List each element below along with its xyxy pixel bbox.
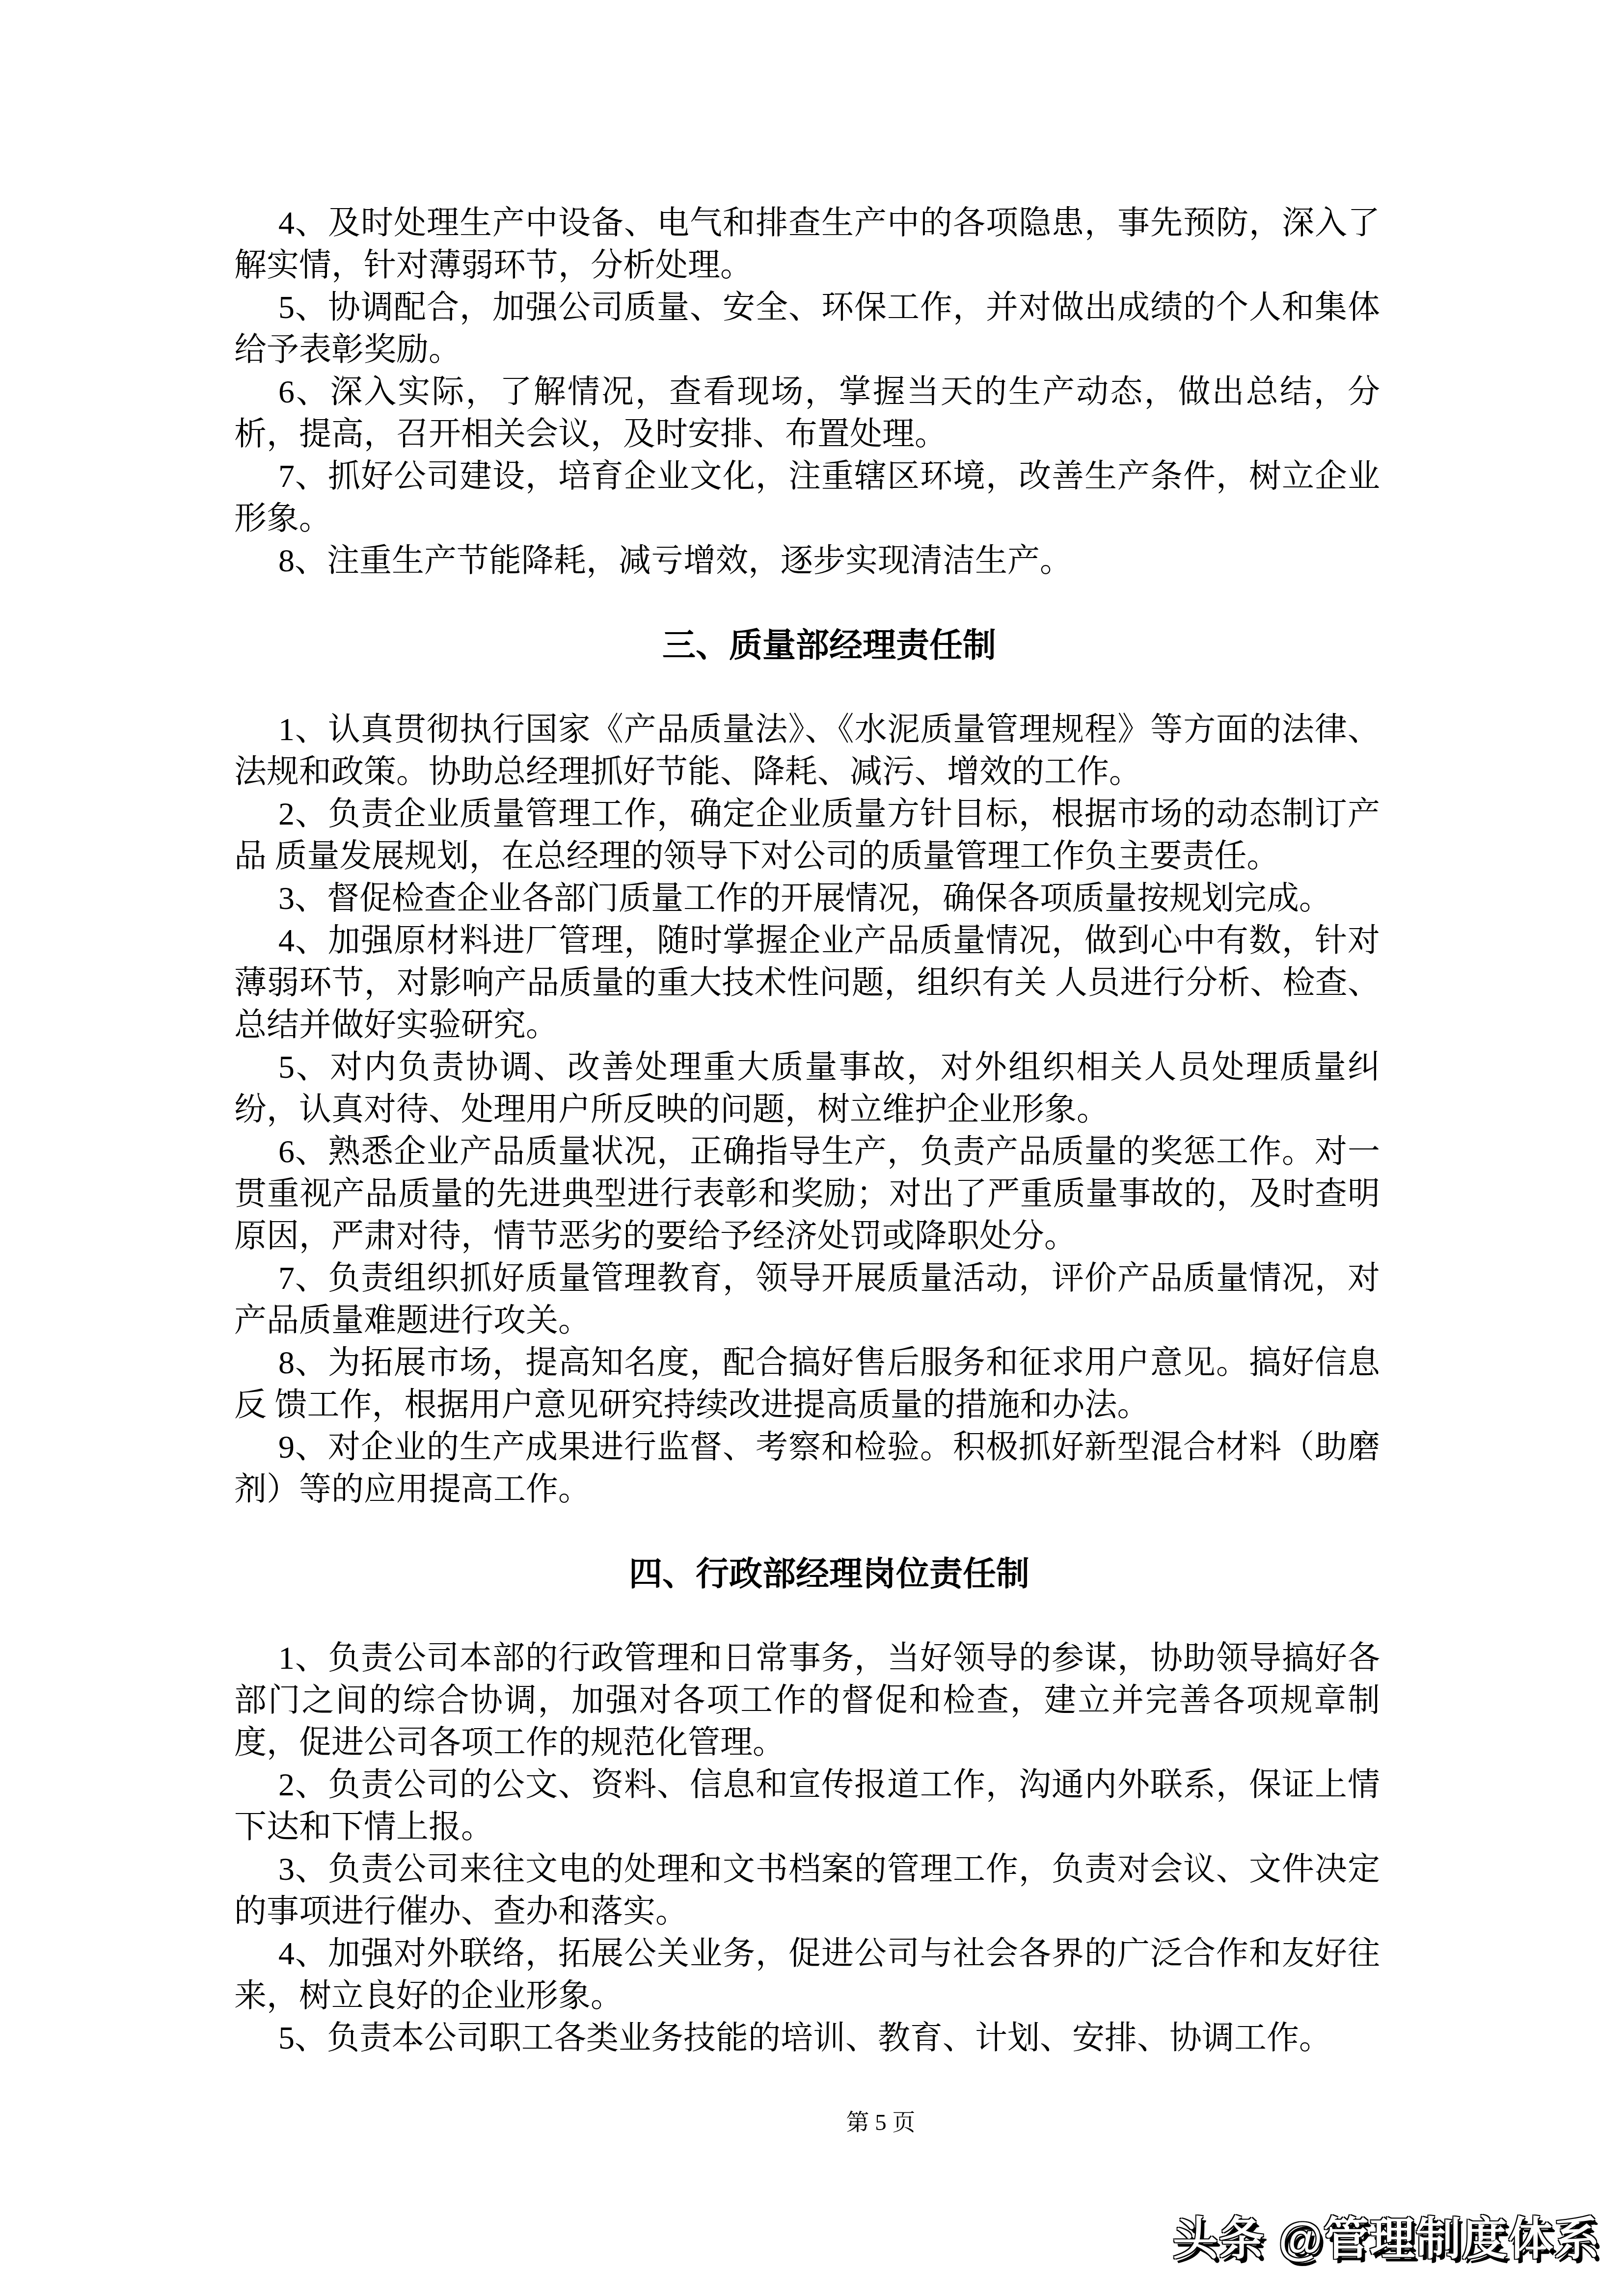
paragraph: 5、协调配合，加强公司质量、安全、环保工作，并对做出成绩的个人和集体给予表彰奖励… [234,287,1380,371]
paragraph: 6、熟悉企业产品质量状况，正确指导生产，负责产品质量的奖惩工作。对一贯重视产品质… [234,1131,1380,1257]
paragraph: 3、负责公司来往文电的处理和文书档案的管理工作，负责对会议、文件决定的事项进行催… [234,1848,1380,1933]
section-heading-admin-manager: 四、行政部经理岗位责任制 [256,1553,1402,1595]
watermark: 头条 @管理制度体系 [1173,2203,1600,2268]
document-page: 4、及时处理生产中设备、电气和排查生产中的各项隐患，事先预防，深入了解实情，针对… [0,0,1624,2296]
paragraph: 4、加强对外联络，拓展公关业务，促进公司与社会各界的广泛合作和友好往来，树立良好… [234,1933,1380,2017]
paragraph: 2、负责公司的公文、资料、信息和宣传报道工作，沟通内外联系，保证上情下达和下情上… [234,1764,1380,1848]
paragraph: 4、加强原材料进厂管理，随时掌握企业产品质量情况，做到心中有数，针对薄弱环节，对… [234,920,1380,1046]
paragraph: 3、督促检查企业各部门质量工作的开展情况，确保各项质量按规划完成。 [234,878,1380,920]
paragraph: 2、负责企业质量管理工作，确定企业质量方针目标，根据市场的动态制订产品 质量发展… [234,793,1380,878]
paragraph: 8、注重生产节能降耗，减亏增效，逐步实现清洁生产。 [234,540,1380,582]
page-number: 第 5 页 [308,2102,1454,2144]
paragraph: 8、为拓展市场，提高知名度，配合搞好售后服务和征求用户意见。搞好信息反 馈工作，… [234,1342,1380,1426]
paragraph: 6、深入实际，了解情况，查看现场，掌握当天的生产动态，做出总结，分析，提高，召开… [234,371,1380,455]
paragraph: 1、负责公司本部的行政管理和日常事务，当好领导的参谋，协助领导搞好各部门之间的综… [234,1637,1380,1764]
paragraph: 5、对内负责协调、改善处理重大质量事故，对外组织相关人员处理质量纠纷，认真对待、… [234,1046,1380,1131]
paragraph: 1、认真贯彻执行国家《产品质量法》、《水泥质量管理规程》等方面的法律、法规和政策… [234,709,1380,793]
paragraph: 5、负责本公司职工各类业务技能的培训、教育、计划、安排、协调工作。 [234,2017,1380,2059]
paragraph: 7、抓好公司建设，培育企业文化，注重辖区环境，改善生产条件，树立企业形象。 [234,455,1380,540]
paragraph: 7、负责组织抓好质量管理教育，领导开展质量活动，评价产品质量情况，对产品质量难题… [234,1257,1380,1342]
section-heading-quality-manager: 三、质量部经理责任制 [256,624,1402,667]
document-content: 4、及时处理生产中设备、电气和排查生产中的各项隐患，事先预防，深入了解实情，针对… [234,202,1380,2144]
paragraph: 4、及时处理生产中设备、电气和排查生产中的各项隐患，事先预防，深入了解实情，针对… [234,202,1380,287]
paragraph: 9、对企业的生产成果进行监督、考察和检验。积极抓好新型混合材料（助磨剂）等的应用… [234,1426,1380,1511]
